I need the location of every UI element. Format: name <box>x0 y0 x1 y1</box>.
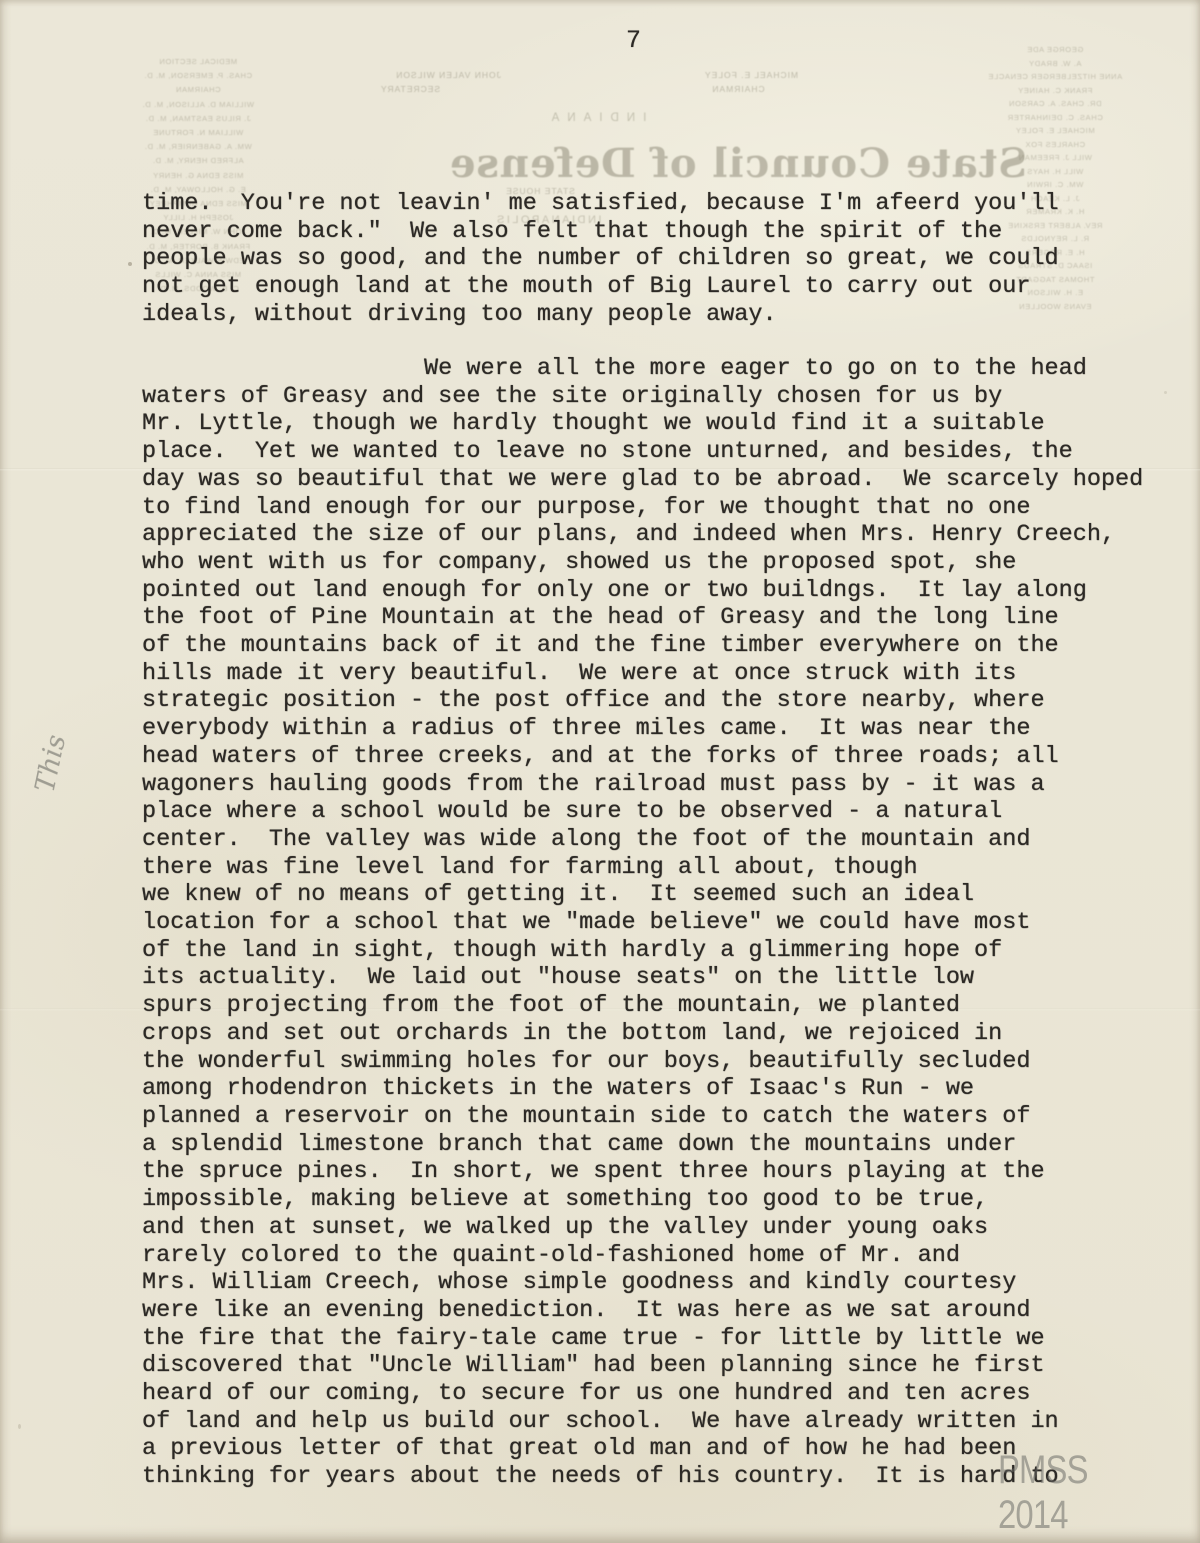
bleedthrough-chairman-name: MICHAEL E. FOLEY <box>688 70 814 80</box>
scanned-letter-page: MEDICAL SECTION CHAS. P. EMERSON, M. D. … <box>0 0 1200 1543</box>
paper-speck <box>128 262 132 266</box>
bleedthrough-chairman-title: CHAIRMAN <box>688 84 788 94</box>
bleedthrough-letterhead-state: INDIANA <box>520 112 670 124</box>
pencil-margin-note: This <box>30 732 72 795</box>
archive-watermark: PMSS 2014 <box>998 1448 1164 1538</box>
typed-paragraph-2: We were all the more eager to go on to t… <box>142 355 1143 1491</box>
typed-paragraph-1: time. You're not leavin' me satisfied, b… <box>142 190 1059 329</box>
paper-speck <box>1164 391 1167 394</box>
bleedthrough-secretary-name: JOHN VALEN WILSON <box>385 70 511 80</box>
page-number: 7 <box>626 26 641 55</box>
paper-speck <box>18 1424 21 1429</box>
bleedthrough-secretary-title: SECRETARY <box>360 84 460 94</box>
bleedthrough-letterhead-org: State Council of Defense <box>390 140 1086 187</box>
